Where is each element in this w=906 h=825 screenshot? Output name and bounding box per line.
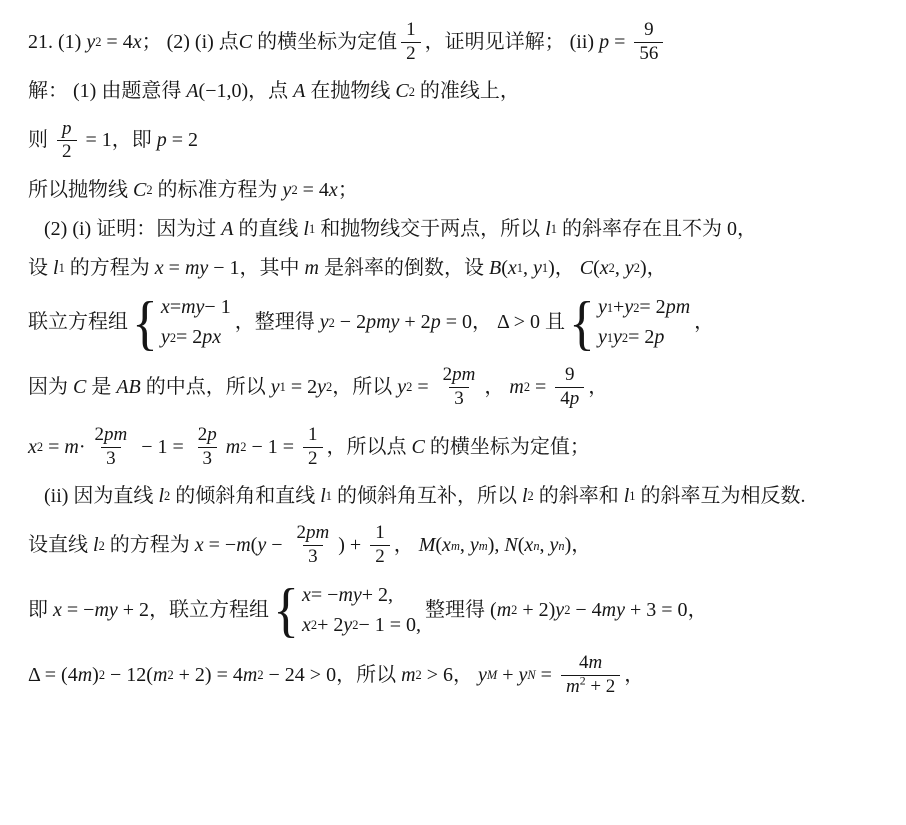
text-run: ，	[588, 374, 608, 401]
math-run: M(xm, ym), N(xn, yn)	[419, 532, 572, 559]
math-run: y2 = 4x	[283, 177, 338, 204]
text-run: 的直线	[233, 216, 303, 243]
fraction-numerator: 2pm	[292, 522, 335, 545]
fraction-numerator: 2pm	[90, 424, 133, 447]
text-run: 的方程为	[105, 532, 195, 559]
text-run: 是	[86, 374, 116, 401]
math-run: yM + yN =	[478, 662, 557, 689]
math-run: l2	[93, 532, 105, 559]
math-run: x = −m(y −	[195, 532, 288, 559]
fraction: 94p	[555, 364, 584, 411]
solution-part1-line2: 则 p2 = 1，即 p = 2	[28, 116, 886, 167]
document-page: 21. (1) y2 = 4x； (2) (i) 点C 的横坐标为定值12，证明…	[0, 0, 906, 825]
text-run: 和抛物线交于两点，所以	[315, 216, 545, 243]
text-run: ； (2) (i) 点	[142, 29, 239, 56]
text-run: ，点	[248, 78, 293, 105]
math-run: = 1	[81, 127, 112, 154]
solution-part2i-line1: (2) (i) 证明：因为过 A 的直线 l1 和抛物线交于两点，所以 l1 的…	[28, 214, 886, 244]
text-run: 因为	[28, 374, 73, 401]
text-run: ，	[453, 662, 478, 689]
math-run: y2 − 2pmy + 2p = 0	[320, 309, 472, 336]
math-run: (m2 + 2)y2 − 4my + 3 = 0	[490, 597, 688, 624]
text-run: 解： (1) 由题意得	[28, 78, 186, 105]
text-run: 设直线	[28, 532, 93, 559]
fraction-numerator: 2pm	[438, 364, 481, 387]
math-run: y1 = 2y2	[271, 374, 332, 401]
solution-part2i-line2: 设 l1 的方程为 x = my − 1，其中 m 是斜率的倒数，设 B(x1,…	[28, 253, 886, 283]
fraction-denominator: 3	[101, 447, 121, 471]
solution-part2i-line4: 因为 C 是 AB 的中点，所以 y1 = 2y2，所以 y2 = 2pm3， …	[28, 362, 886, 413]
fraction: 2pm3	[90, 424, 133, 471]
text-run: ，	[694, 309, 714, 336]
math-run: m2 > 6	[401, 662, 453, 689]
text-run: 且	[540, 309, 565, 336]
text-run: 联立方程组	[28, 309, 128, 336]
text-run: ，整理得	[235, 309, 320, 336]
equation-system-rows: x = −my + 2,x2 + 2y2 − 1 = 0,	[302, 582, 421, 639]
system-equation: x2 + 2y2 − 1 = 0,	[302, 612, 421, 639]
math-run: C2	[395, 78, 415, 105]
math-run: x2 = m·	[28, 434, 86, 461]
math-run: p = 2	[157, 127, 198, 154]
equation-system: {x = my − 1y2 = 2px	[132, 294, 231, 351]
text-run: 是斜率的倒数，设	[319, 255, 489, 282]
fraction-numerator: 9	[560, 364, 580, 387]
fraction-numerator: p	[57, 118, 77, 141]
math-run: l1	[303, 216, 315, 243]
text-run: 的标准方程为	[153, 177, 283, 204]
fraction: 12	[401, 19, 421, 66]
text-run: ，	[555, 255, 580, 282]
text-run: 在抛物线	[305, 78, 395, 105]
fraction: 4mm2 + 2	[561, 652, 620, 699]
text-run: 所以抛物线	[28, 177, 133, 204]
left-brace-icon: {	[273, 580, 299, 640]
math-run: C	[73, 374, 86, 401]
math-run: y2 =	[397, 374, 433, 401]
left-brace-icon: {	[132, 292, 158, 352]
equation-system: {y1 + y2 = 2pmy1y2 = 2p	[569, 294, 690, 351]
text-run: ，	[624, 662, 644, 689]
text-run: ，	[394, 532, 419, 559]
system-equation: x = my − 1	[161, 294, 231, 321]
text-run: 的横坐标为定值；	[425, 434, 590, 461]
math-run: A	[221, 216, 233, 243]
fraction: 956	[634, 19, 663, 66]
text-run: 的方程为	[65, 255, 155, 282]
fraction: 12	[303, 424, 323, 471]
text-run: ，所以	[336, 662, 401, 689]
text-run: ，	[571, 532, 591, 559]
fraction-numerator: 1	[303, 424, 323, 447]
text-run: 的准线上，	[415, 78, 520, 105]
fraction-numerator: 9	[639, 19, 659, 42]
math-run: ) +	[338, 532, 366, 559]
text-run: 整理得	[425, 597, 490, 624]
text-run: ，	[688, 597, 708, 624]
text-run: ，证明见详解； (ii)	[425, 29, 599, 56]
fraction-denominator: 2	[303, 447, 323, 471]
text-run: ，其中	[240, 255, 305, 282]
math-run: y2 = 4x	[86, 29, 141, 56]
fraction: 2pm3	[292, 522, 335, 569]
text-run: 21. (1)	[28, 29, 86, 56]
fraction-numerator: 1	[370, 522, 390, 545]
text-run: 的倾斜角互补，所以	[332, 483, 522, 510]
text-run: 的倾斜角和直线	[170, 483, 320, 510]
fraction-numerator: 1	[401, 19, 421, 42]
text-run: 即	[28, 597, 53, 624]
text-run: 的横坐标为定值	[252, 29, 397, 56]
math-run: l2	[158, 483, 170, 510]
math-run: A(−1,0)	[186, 78, 248, 105]
equation-system-rows: x = my − 1y2 = 2px	[161, 294, 231, 351]
math-run: m2 − 1 =	[226, 434, 299, 461]
equation-system: {x = −my + 2,x2 + 2y2 − 1 = 0,	[273, 582, 421, 639]
solution-content: 21. (1) y2 = 4x； (2) (i) 点C 的横坐标为定值12，证明…	[28, 17, 886, 701]
fraction-denominator: 4p	[555, 387, 584, 411]
text-run: ，	[484, 374, 509, 401]
math-run: p =	[599, 29, 630, 56]
text-run: ，联立方程组	[149, 597, 269, 624]
system-equation: x = −my + 2,	[302, 582, 393, 609]
math-run: m2 =	[509, 374, 551, 401]
fraction-denominator: m2 + 2	[561, 675, 620, 699]
math-run: x = −my + 2	[53, 597, 149, 624]
math-run: − 1 =	[136, 434, 189, 461]
fraction-denominator: 2	[370, 545, 390, 569]
fraction: 2p3	[193, 424, 222, 471]
answer-summary-line: 21. (1) y2 = 4x； (2) (i) 点C 的横坐标为定值12，证明…	[28, 17, 886, 68]
text-run: 的中点，所以	[141, 374, 271, 401]
fraction-denominator: 2	[401, 42, 421, 66]
math-run: l1	[320, 483, 332, 510]
text-run: 的斜率互为相反数.	[636, 483, 806, 510]
solution-part2i-line3: 联立方程组{x = my − 1y2 = 2px，整理得 y2 − 2pmy +…	[28, 292, 886, 353]
solution-part2ii-line4: Δ = (4m)2 − 12(m2 + 2) = 4m2 − 24 > 0，所以…	[28, 650, 886, 701]
fraction-denominator: 56	[634, 42, 663, 66]
math-run: l1	[53, 255, 65, 282]
text-run: 设	[28, 255, 53, 282]
text-run: (2) (i) 证明：因为过	[44, 216, 221, 243]
text-run: (ii) 因为直线	[44, 483, 158, 510]
system-equation: y1y2 = 2p	[598, 324, 664, 351]
fraction: 12	[370, 522, 390, 569]
solution-part2ii-line1: (ii) 因为直线 l2 的倾斜角和直线 l1 的倾斜角互补，所以 l2 的斜率…	[28, 481, 886, 511]
fraction-denominator: 3	[449, 387, 469, 411]
math-run: l1	[624, 483, 636, 510]
system-equation: y1 + y2 = 2pm	[598, 294, 690, 321]
solution-part2ii-line3: 即 x = −my + 2，联立方程组{x = −my + 2,x2 + 2y2…	[28, 580, 886, 641]
text-run: ，所以点	[327, 434, 412, 461]
math-run: Δ > 0	[497, 309, 540, 336]
fraction: 2pm3	[438, 364, 481, 411]
text-run: ，所以	[332, 374, 397, 401]
math-run: x = my − 1	[155, 255, 240, 282]
math-run: l2	[522, 483, 534, 510]
text-run: ；	[338, 177, 358, 204]
solution-part2i-line5: x2 = m·2pm3 − 1 = 2p3m2 − 1 = 12，所以点 C 的…	[28, 422, 886, 473]
text-run: ，	[647, 255, 667, 282]
fraction-denominator: 3	[198, 447, 218, 471]
math-run: C	[412, 434, 425, 461]
math-run: AB	[116, 374, 140, 401]
math-run: C(x2, y2)	[580, 255, 647, 282]
math-run: Δ = (4m)2 − 12(m2 + 2) = 4m2 − 24 > 0	[28, 662, 336, 689]
math-run: C2	[133, 177, 153, 204]
solution-part2ii-line2: 设直线 l2 的方程为 x = −m(y − 2pm3) + 12， M(xm,…	[28, 520, 886, 571]
fraction: p2	[57, 118, 77, 165]
text-run: ，	[472, 309, 497, 336]
solution-part1-line1: 解： (1) 由题意得 A(−1,0)，点 A 在抛物线 C2 的准线上，	[28, 77, 886, 107]
fraction-denominator: 2	[57, 140, 77, 164]
text-run: 则	[28, 127, 53, 154]
math-run: A	[293, 78, 305, 105]
solution-part1-line3: 所以抛物线 C2 的标准方程为 y2 = 4x；	[28, 175, 886, 205]
text-run: 的斜率存在且不为 0，	[557, 216, 757, 243]
fraction-numerator: 4m	[574, 652, 607, 675]
equation-system-rows: y1 + y2 = 2pmy1y2 = 2p	[598, 294, 690, 351]
left-brace-icon: {	[569, 292, 595, 352]
math-run: C	[239, 29, 252, 56]
text-run: ，即	[112, 127, 157, 154]
math-run: m	[305, 255, 319, 282]
fraction-denominator: 3	[303, 545, 323, 569]
system-equation: y2 = 2px	[161, 324, 221, 351]
math-run: l1	[545, 216, 557, 243]
math-run: B(x1, y1)	[489, 255, 555, 282]
fraction-numerator: 2p	[193, 424, 222, 447]
text-run: 的斜率和	[534, 483, 624, 510]
